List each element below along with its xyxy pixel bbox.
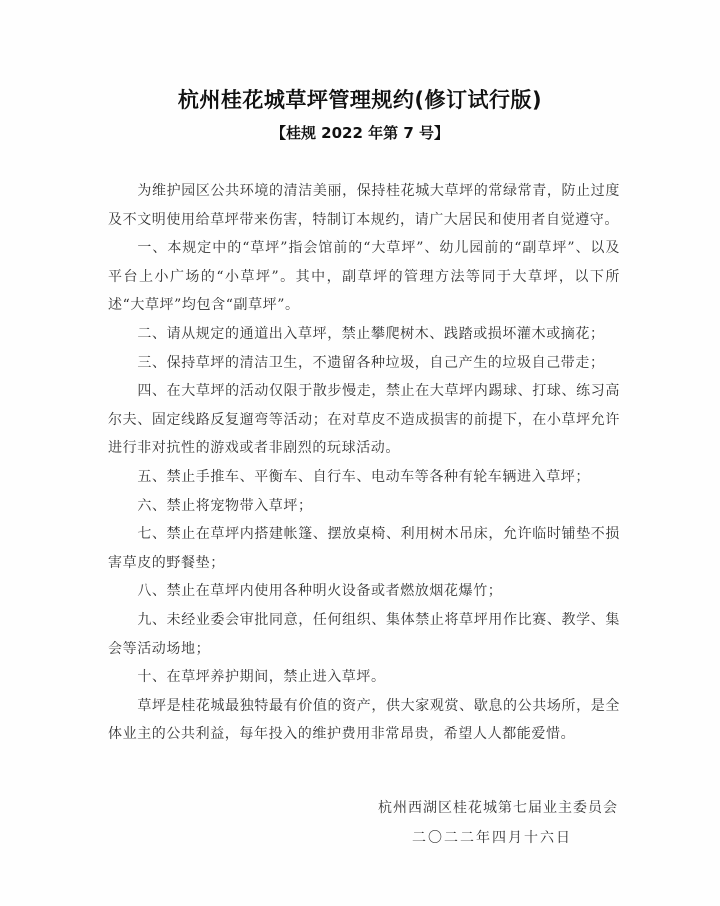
rule-4: 四、在大草坪的活动仅限于散步慢走，禁止在大草坪内踢球、打球、练习高尔夫、固定线路… bbox=[108, 377, 620, 463]
document-title: 杭州桂花城草坪管理规约(修订试行版) bbox=[0, 84, 720, 114]
document-body: 为维护园区公共环境的清洁美丽，保持桂花城大草坪的常绿常青，防止过度及不文明使用给… bbox=[108, 177, 620, 749]
rule-6: 六、禁止将宠物带入草坪； bbox=[108, 492, 620, 521]
document-page: 杭州桂花城草坪管理规约(修订试行版) 【桂规 2022 年第 7 号】 为维护园… bbox=[0, 0, 720, 906]
closing-paragraph: 草坪是桂花城最独特最有价值的资产，供大家观赏、歇息的公共场所，是全体业主的公共利… bbox=[108, 692, 620, 749]
document-number: 【桂规 2022 年第 7 号】 bbox=[0, 122, 720, 143]
rule-1: 一、本规定中的“草坪”指会馆前的“大草坪”、幼儿园前的“副草坪”、以及平台上小广… bbox=[108, 234, 620, 320]
rule-10: 十、在草坪养护期间，禁止进入草坪。 bbox=[108, 663, 620, 692]
rule-9: 九、未经业委会审批同意，任何组织、集体禁止将草坪用作比赛、教学、集会等活动场地； bbox=[108, 606, 620, 663]
rule-8: 八、禁止在草坪内使用各种明火设备或者燃放烟花爆竹； bbox=[108, 577, 620, 606]
issue-date: 二〇二二年四月十六日 bbox=[412, 827, 612, 847]
rule-5: 五、禁止手推车、平衡车、自行车、电动车等各种有轮车辆进入草坪； bbox=[108, 463, 620, 492]
rule-2: 二、请从规定的通道出入草坪，禁止攀爬树木、践踏或损坏灌木或摘花； bbox=[108, 320, 620, 349]
signature: 杭州西湖区桂花城第七届业主委员会 bbox=[378, 797, 618, 817]
rule-3: 三、保持草坪的清洁卫生，不遗留各种垃圾，自己产生的垃圾自己带走； bbox=[108, 349, 620, 378]
rule-7: 七、禁止在草坪内搭建帐篷、摆放桌椅、利用树木吊床，允许临时铺垫不损害草皮的野餐垫… bbox=[108, 520, 620, 577]
preamble-paragraph: 为维护园区公共环境的清洁美丽，保持桂花城大草坪的常绿常青，防止过度及不文明使用给… bbox=[108, 177, 620, 234]
